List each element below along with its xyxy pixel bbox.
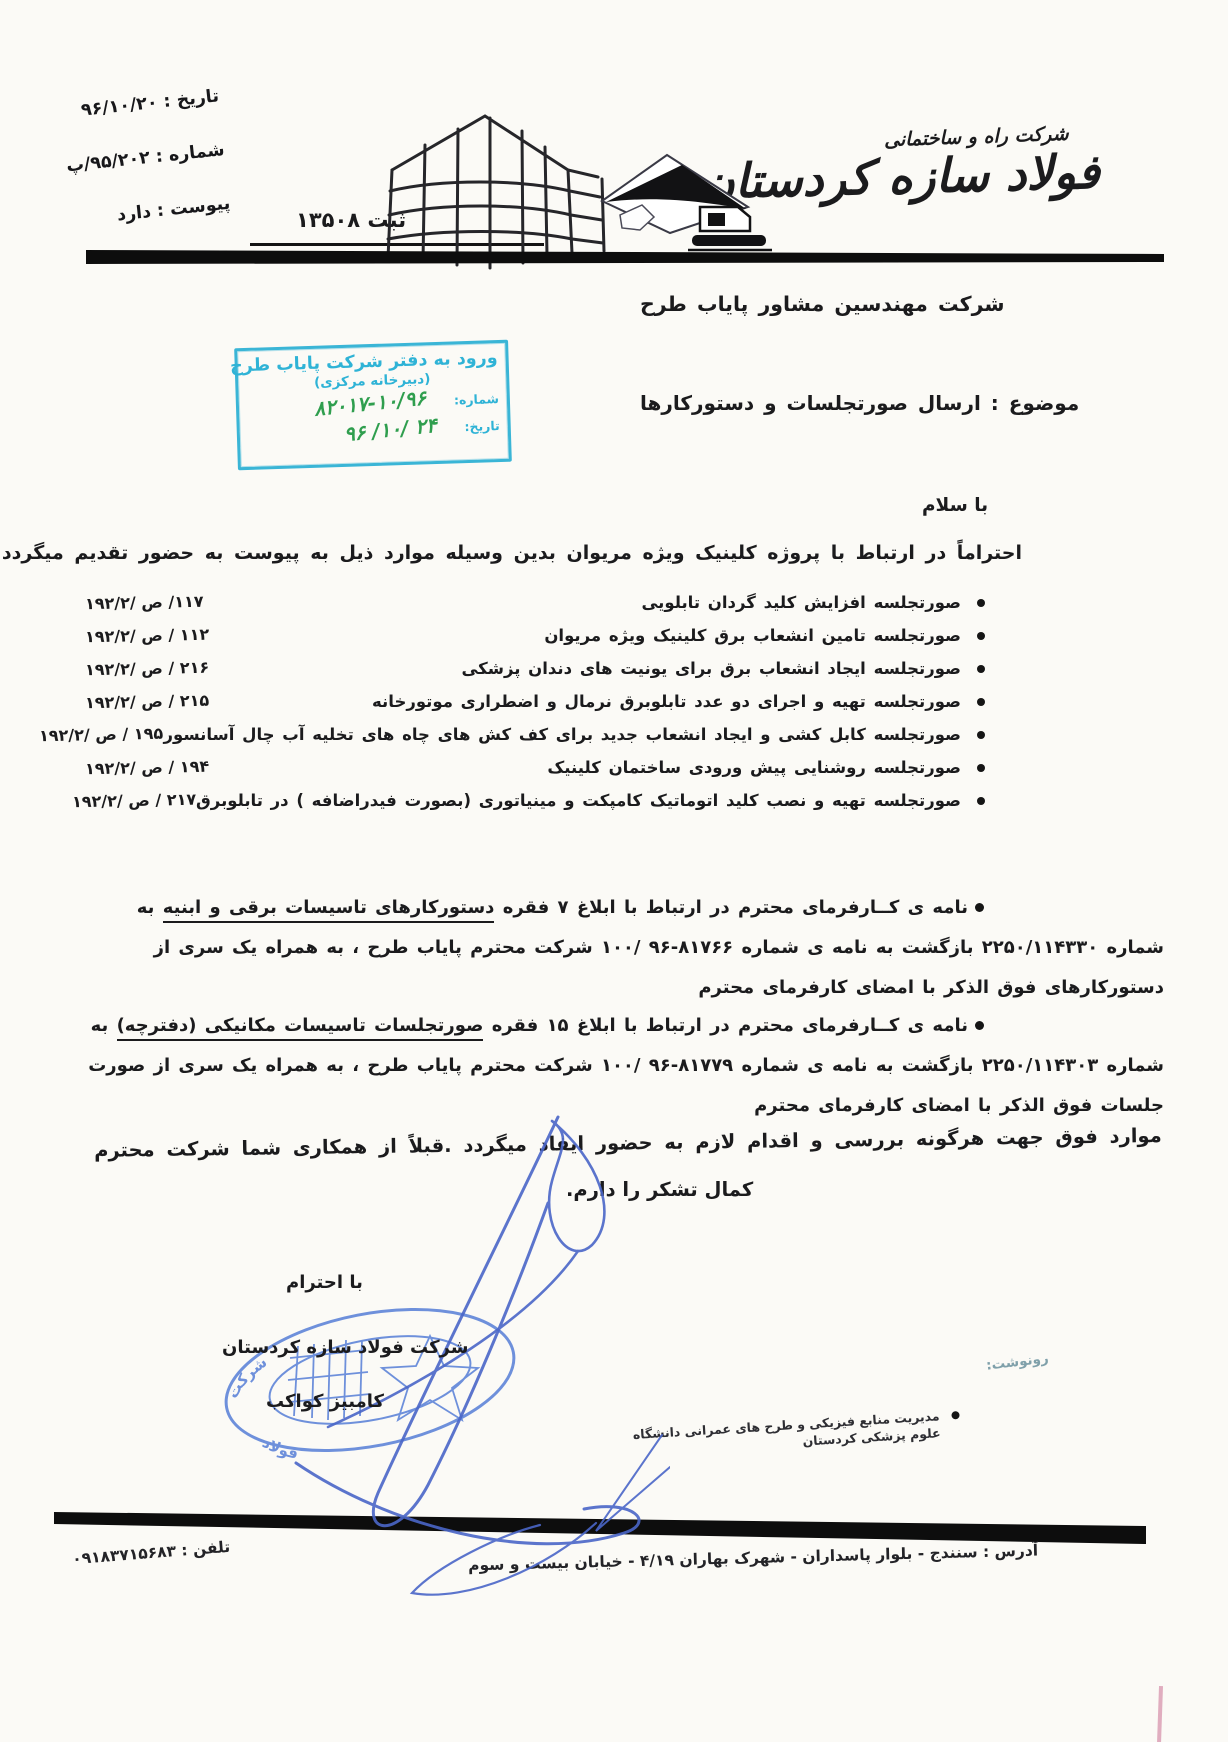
paragraph-underlined: دستورکارهای تاسیسات برقی و ابنیه bbox=[163, 897, 495, 923]
minutes-text: صورتجلسه کابل کشی و ایجاد انشعاب جدید بر… bbox=[163, 725, 961, 744]
minutes-row: صورتجلسه افزایش کلید گردان تابلویی ۱۱۷/ … bbox=[85, 586, 1161, 619]
bullet-icon bbox=[975, 903, 984, 912]
minutes-ref: ۱۱۷/ ص /۱۹۲/۲ bbox=[85, 592, 204, 613]
minutes-ref: ۱۹۵ / ص /۱۹۲/۲ bbox=[39, 724, 163, 746]
recipient: شرکت مهندسین مشاور پایاب طرح bbox=[640, 292, 1005, 316]
minutes-text: صورتجلسه تهیه و نصب کلید اتوماتیک کامپکت… bbox=[196, 791, 961, 810]
entry-stamp-number-label: شماره: bbox=[454, 391, 499, 407]
header-rule bbox=[86, 249, 1166, 267]
company-logo-icon bbox=[330, 103, 780, 271]
minutes-ref: ۲۱۶ / ص /۱۹۲/۲ bbox=[85, 658, 209, 680]
bullet-icon bbox=[977, 698, 985, 706]
bullet-icon bbox=[977, 632, 985, 640]
minutes-row: صورتجلسه تهیه و اجرای دو عدد تابلوبرق نر… bbox=[85, 685, 1161, 718]
scan-artifact-line bbox=[1157, 1686, 1163, 1742]
cc-label: رونوشت: bbox=[985, 1350, 1049, 1374]
minutes-ref: ۲۱۵ / ص /۱۹۲/۲ bbox=[85, 691, 209, 713]
bullet-icon bbox=[951, 1411, 959, 1419]
intro-line: احتراماً در ارتباط با پروژه کلینیک ویژه … bbox=[0, 542, 1022, 564]
cc-item-text: مدیریت منابع فیزیکی و طرح های عمرانی دان… bbox=[628, 1407, 941, 1460]
signature-name: کامبیز کواکب bbox=[266, 1391, 384, 1412]
minutes-row: صورتجلسه کابل کشی و ایجاد انشعاب جدید بر… bbox=[85, 718, 1161, 751]
subject-line: موضوع : ارسال صورتجلسات و دستورکارها bbox=[640, 391, 1079, 415]
entry-stamp: ورود به دفتر شرکت پایاب طرح (دبیرخانه مر… bbox=[234, 340, 512, 471]
minutes-row: صورتجلسه تهیه و نصب کلید اتوماتیک کامپکت… bbox=[85, 784, 1161, 817]
minutes-row: صورتجلسه ایجاد انشعاب برق برای یونیت های… bbox=[85, 652, 1161, 685]
bullet-icon bbox=[977, 797, 985, 805]
bullet-icon bbox=[977, 731, 985, 739]
minutes-text: صورتجلسه تهیه و اجرای دو عدد تابلوبرق نر… bbox=[372, 692, 961, 711]
paragraph-underlined: صورتجلسات تاسیسات مکانیکی (دفترچه) bbox=[117, 1015, 484, 1041]
minutes-text: صورتجلسه روشنایی پیش ورودی ساختمان کلینی… bbox=[547, 758, 961, 777]
minutes-text: صورتجلسه افزایش کلید گردان تابلویی bbox=[641, 593, 961, 612]
signature-company: شرکت فولاد سازه کردستان bbox=[222, 1337, 468, 1358]
cc-item: مدیریت منابع فیزیکی و طرح های عمرانی دان… bbox=[628, 1406, 961, 1460]
letter-meta: تاریخ : ۹۶/۱۰/۲۰ شماره : ۹۵/۲۰۲/پ پیوست … bbox=[58, 69, 233, 247]
minutes-list: صورتجلسه افزایش کلید گردان تابلویی ۱۱۷/ … bbox=[85, 586, 1161, 817]
minutes-row: صورتجلسه تامین انشعاب برق کلینیک ویژه مر… bbox=[85, 619, 1161, 652]
salutation: با سلام bbox=[922, 495, 988, 516]
minutes-ref: ۱۹۴ / ص /۱۹۲/۲ bbox=[85, 757, 209, 779]
paragraph-pre: نامه ی کــارفرمای محترم در ارتباط با ابل… bbox=[494, 897, 968, 918]
bullet-icon bbox=[977, 665, 985, 673]
bullet-icon bbox=[977, 764, 985, 772]
employer-letter-paragraph: نامه ی کــارفرمای محترم در ارتباط با ابل… bbox=[84, 888, 1164, 1008]
minutes-row: صورتجلسه روشنایی پیش ورودی ساختمان کلینی… bbox=[85, 751, 1161, 784]
minutes-ref: ۱۱۲ / ص /۱۹۲/۲ bbox=[85, 625, 209, 647]
signature-regards: با احترام bbox=[286, 1272, 363, 1293]
bullet-icon bbox=[977, 599, 985, 607]
minutes-text: صورتجلسه تامین انشعاب برق کلینیک ویژه مر… bbox=[544, 626, 961, 645]
entry-stamp-date-value: ۲۴ /۱۰/ ۹۶ bbox=[342, 412, 437, 445]
letter-page: تاریخ : ۹۶/۱۰/۲۰ شماره : ۹۵/۲۰۲/پ پیوست … bbox=[0, 0, 1228, 1742]
paragraph-pre: نامه ی کــارفرمای محترم در ارتباط با ابل… bbox=[483, 1015, 968, 1036]
entry-stamp-date-label: تاریخ: bbox=[464, 418, 500, 434]
minutes-ref: ۲۱۷ / ص /۱۹۲/۲ bbox=[72, 790, 196, 812]
bullet-icon bbox=[975, 1021, 984, 1030]
excavator-icon bbox=[602, 155, 772, 250]
minutes-text: صورتجلسه ایجاد انشعاب برق برای یونیت های… bbox=[461, 659, 961, 678]
